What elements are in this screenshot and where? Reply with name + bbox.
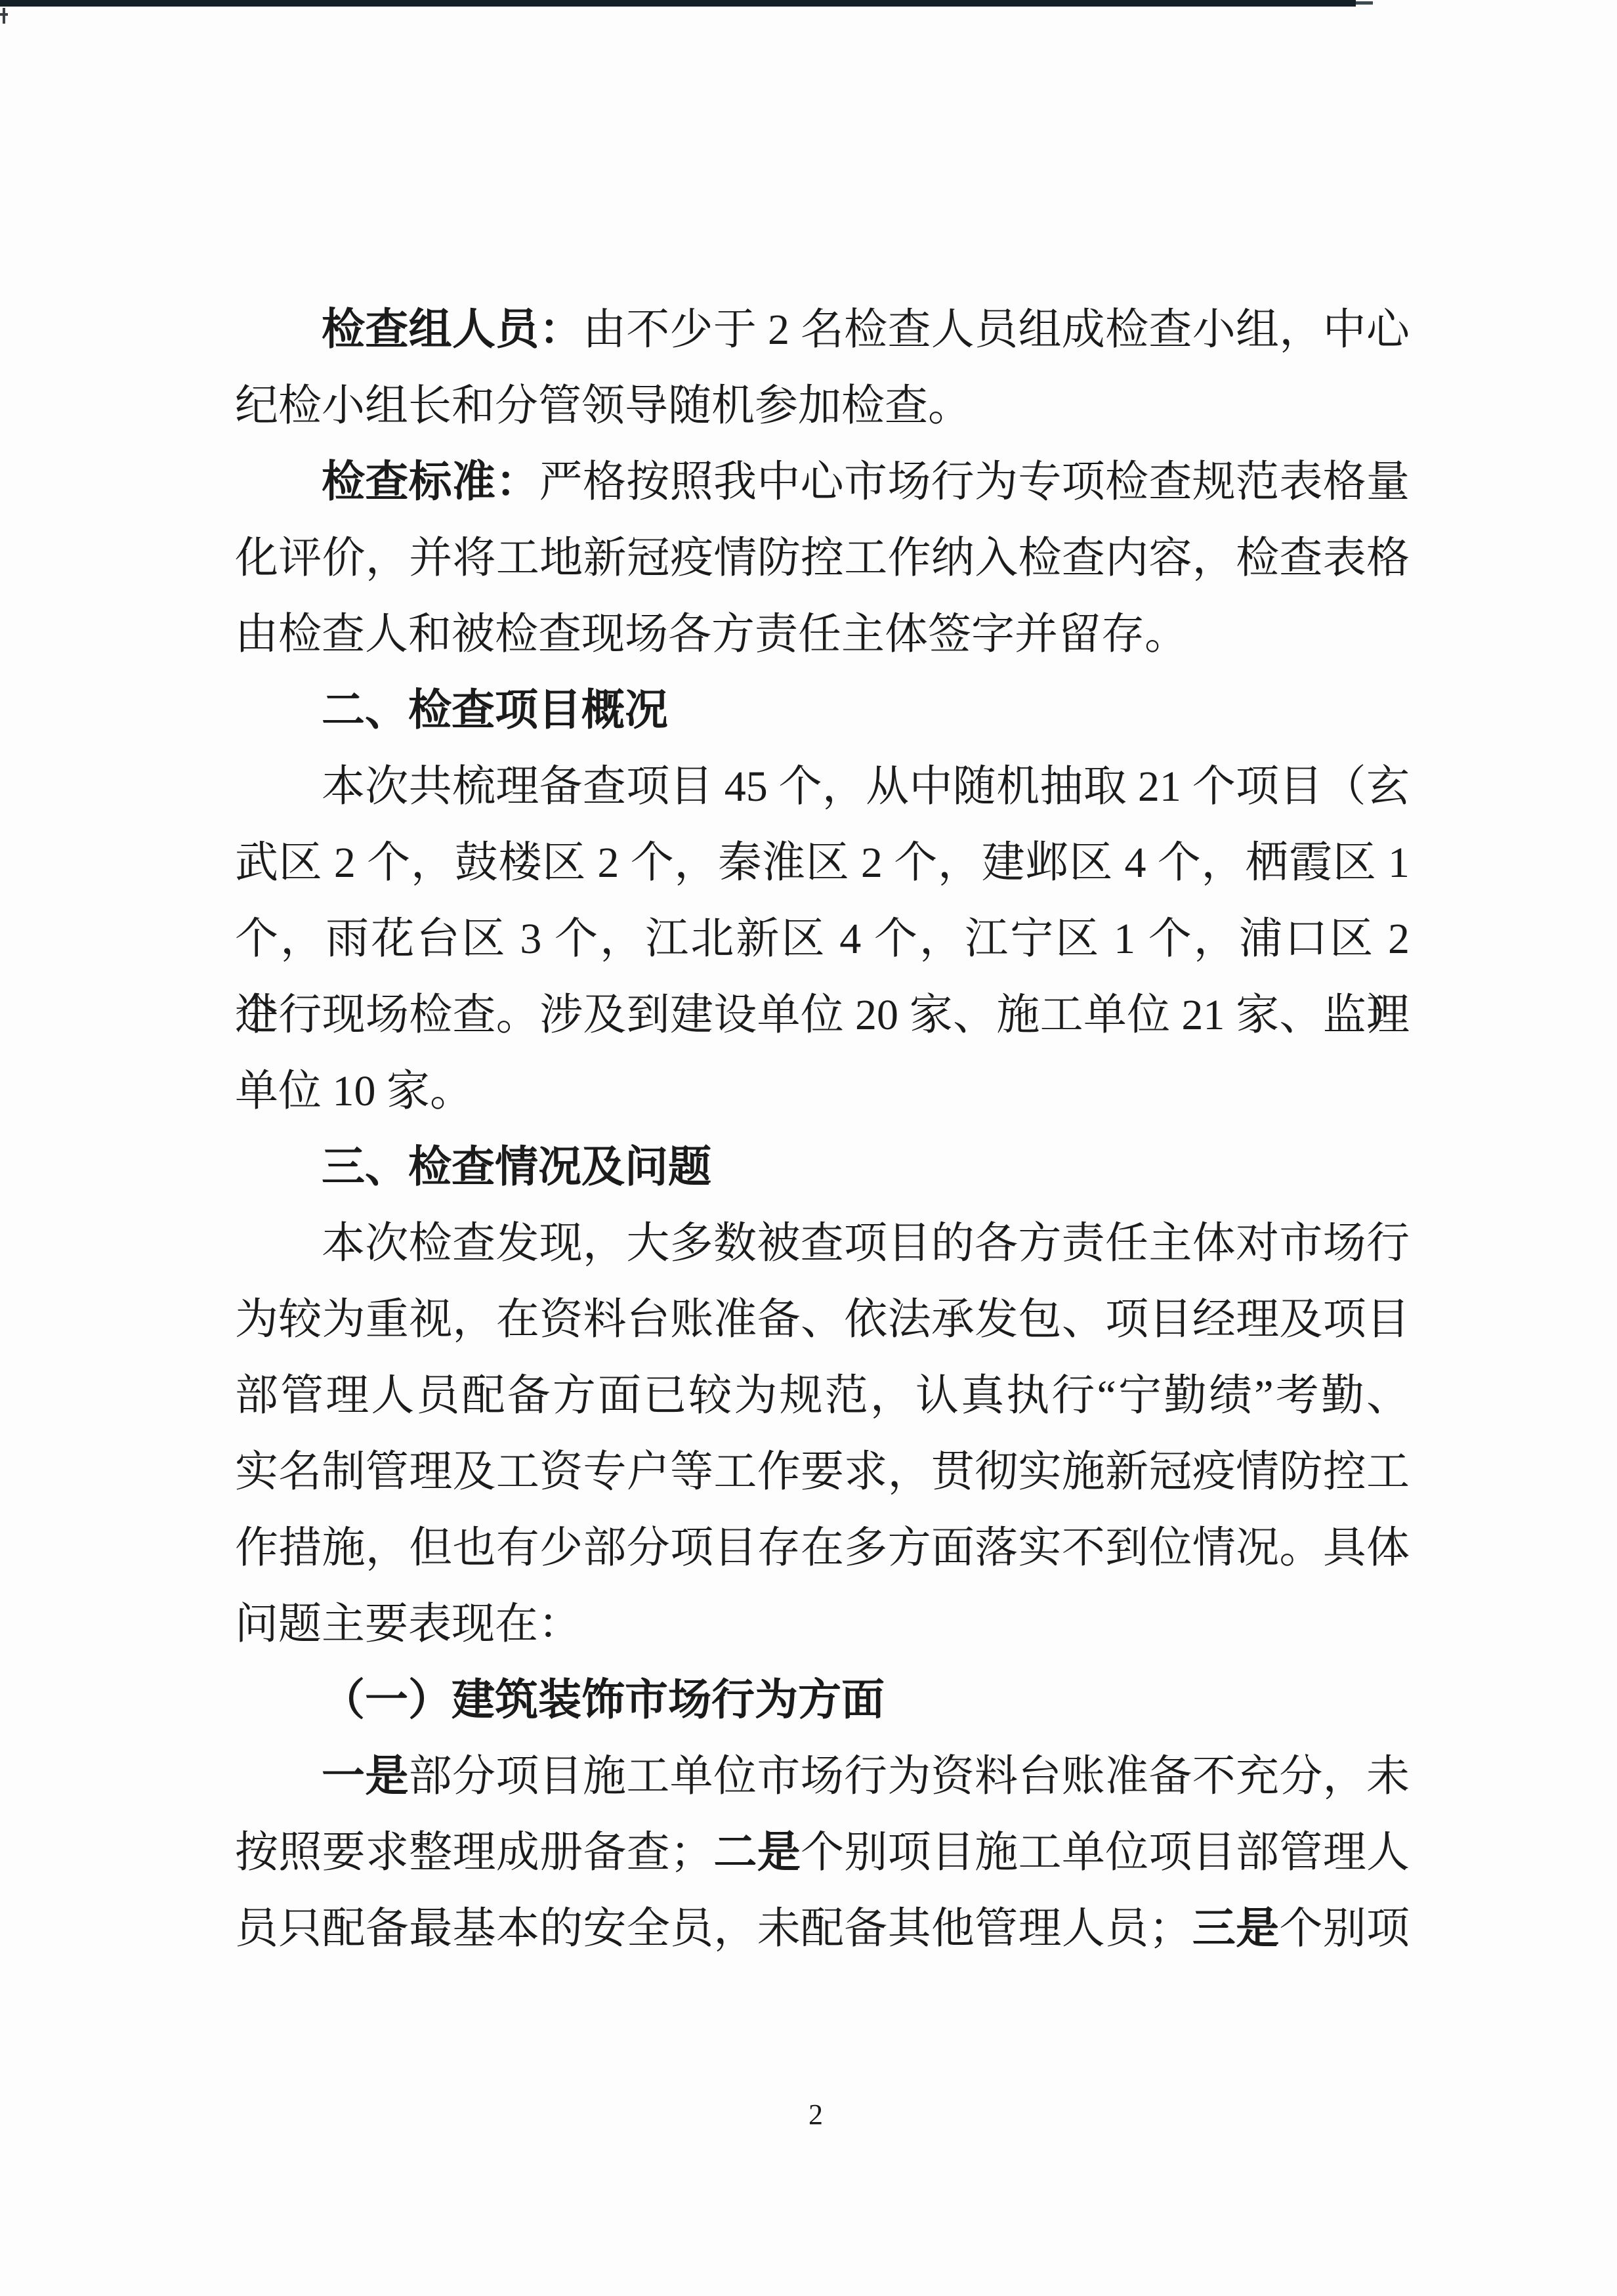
text-line: 单位 10 家。: [235, 1053, 1410, 1130]
text-segment: 本次检查发现，大多数被查项目的各方责任主体对市场行: [322, 1220, 1410, 1267]
text-segment: 由不少于 2 名检查人员组成检查小组，中心: [583, 306, 1410, 354]
text-segment: 个别项: [1279, 1905, 1410, 1953]
text-segment: 部分项目施工单位市场行为资料台账准备不充分，未: [409, 1753, 1410, 1800]
text-segment: 纪检小组长和分管领导随机参加检查。: [235, 382, 971, 430]
text-line: 检查标准：严格按照我中心市场行为专项检查规范表格量: [235, 444, 1410, 521]
heading-line: 三、检查情况及问题: [235, 1130, 1410, 1206]
text-line: 纪检小组长和分管领导随机参加检查。: [235, 368, 1410, 444]
text-line: 进行现场检查。涉及到建设单位 20 家、施工单位 21 家、监理: [235, 977, 1410, 1053]
text-segment: 二、检查项目概况: [322, 687, 668, 734]
text-segment: 部管理人员配备方面已较为规范，认真执行“宁勤绩”考勤、: [235, 1372, 1410, 1420]
text-segment: 作措施，但也有少部分项目存在多方面落实不到位情况。具体: [235, 1524, 1410, 1572]
text-segment: 员只配备最基本的安全员，未配备其他管理人员；: [235, 1905, 1192, 1953]
text-segment: 检查组人员：: [322, 306, 583, 354]
text-segment: 检查标准：: [322, 458, 539, 506]
heading-line: （一）建筑装饰市场行为方面: [235, 1663, 1410, 1739]
text-segment: 个别项目施工单位项目部管理人: [801, 1829, 1410, 1877]
text-segment: 单位 10 家。: [235, 1067, 473, 1115]
text-segment: 本次共梳理备查项目 45 个，从中随机抽取 21 个项目（玄: [322, 763, 1410, 811]
text-segment: 按照要求整理成册备查；: [235, 1829, 713, 1877]
text-line: 检查组人员：由不少于 2 名检查人员组成检查小组，中心: [235, 292, 1410, 368]
text-line: 化评价，并将工地新冠疫情防控工作纳入检查内容，检查表格: [235, 521, 1410, 597]
text-line: 由检查人和被检查现场各方责任主体签字并留存。: [235, 597, 1410, 673]
text-line: 员只配备最基本的安全员，未配备其他管理人员；三是个别项: [235, 1891, 1410, 1967]
text-segment: 三、检查情况及问题: [322, 1143, 711, 1191]
text-segment: （一）建筑装饰市场行为方面: [322, 1676, 885, 1724]
text-segment: 武区 2 个，鼓楼区 2 个，秦淮区 2 个，建邺区 4 个，栖霞区 1: [235, 839, 1410, 887]
text-segment: 二是: [713, 1829, 801, 1877]
text-line: 个，雨花台区 3 个，江北新区 4 个，江宁区 1 个，浦口区 2 个）: [235, 901, 1410, 977]
text-segment: 实名制管理及工资专户等工作要求，贯彻实施新冠疫情防控工: [235, 1448, 1410, 1496]
text-line: 武区 2 个，鼓楼区 2 个，秦淮区 2 个，建邺区 4 个，栖霞区 1: [235, 825, 1410, 901]
text-segment: 问题主要表现在：: [235, 1600, 581, 1648]
scan-artifact-top-band-tail: [1356, 1, 1373, 5]
page-number: 2: [808, 2099, 848, 2131]
text-segment: 为较为重视，在资料台账准备、依法承发包、项目经理及项目: [235, 1296, 1410, 1344]
text-line: 一是部分项目施工单位市场行为资料台账准备不充分，未: [235, 1739, 1410, 1815]
text-line: 实名制管理及工资专户等工作要求，贯彻实施新冠疫情防控工: [235, 1434, 1410, 1510]
text-line: 本次共梳理备查项目 45 个，从中随机抽取 21 个项目（玄: [235, 749, 1410, 825]
text-line: 问题主要表现在：: [235, 1586, 1410, 1663]
document-page: 检查组人员：由不少于 2 名检查人员组成检查小组，中心纪检小组长和分管领导随机参…: [0, 0, 1617, 2296]
text-block: 检查组人员：由不少于 2 名检查人员组成检查小组，中心纪检小组长和分管领导随机参…: [235, 292, 1410, 1967]
text-segment: 进行现场检查。涉及到建设单位 20 家、施工单位 21 家、监理: [235, 991, 1410, 1039]
text-segment: 由检查人和被检查现场各方责任主体签字并留存。: [235, 610, 1188, 658]
text-line: 部管理人员配备方面已较为规范，认真执行“宁勤绩”考勤、: [235, 1358, 1410, 1434]
heading-line: 二、检查项目概况: [235, 673, 1410, 749]
text-segment: 一是: [322, 1753, 409, 1800]
scan-artifact-left-mark-vertical: [3, 8, 5, 24]
text-segment: 化评价，并将工地新冠疫情防控工作纳入检查内容，检查表格: [235, 534, 1410, 582]
text-line: 作措施，但也有少部分项目存在多方面落实不到位情况。具体: [235, 1510, 1410, 1586]
text-segment: 严格按照我中心市场行为专项检查规范表格量: [539, 458, 1410, 506]
text-line: 为较为重视，在资料台账准备、依法承发包、项目经理及项目: [235, 1282, 1410, 1358]
text-line: 按照要求整理成册备查；二是个别项目施工单位项目部管理人: [235, 1815, 1410, 1891]
text-line: 本次检查发现，大多数被查项目的各方责任主体对市场行: [235, 1206, 1410, 1282]
text-segment: 三是: [1192, 1905, 1279, 1953]
scan-artifact-top-band: [0, 0, 1356, 7]
